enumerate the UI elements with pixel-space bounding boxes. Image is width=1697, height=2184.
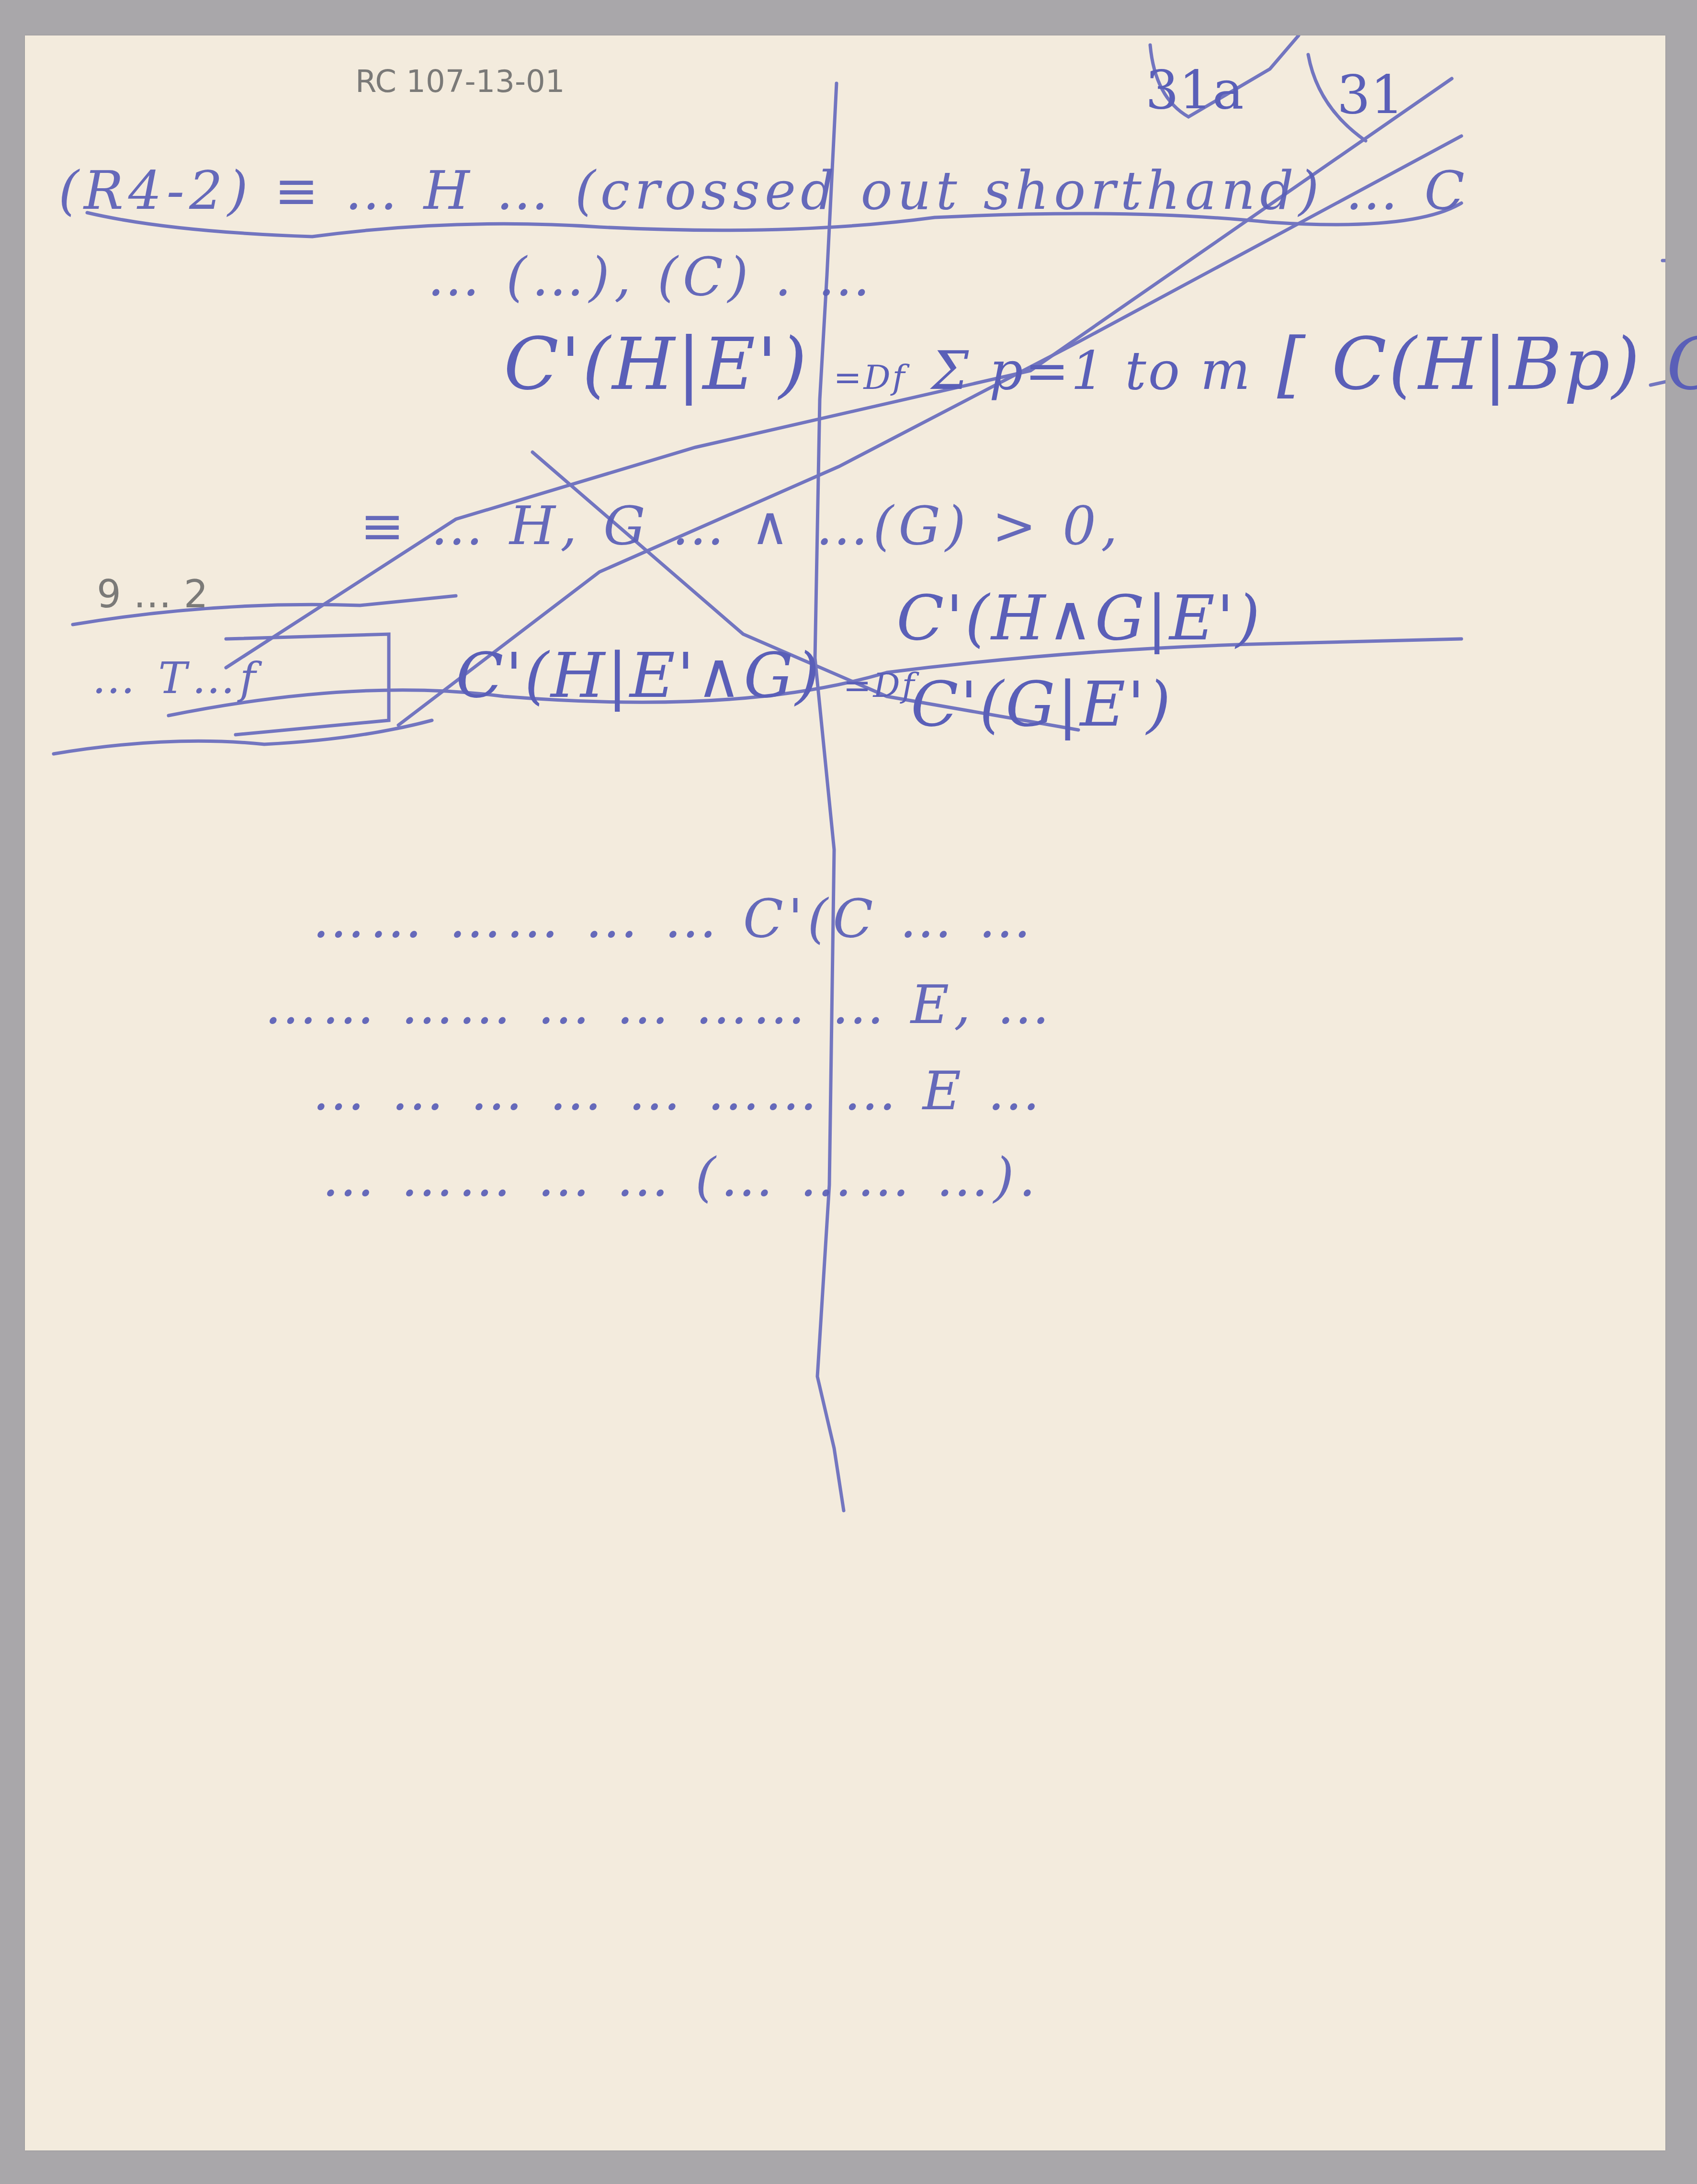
formula-2-lhs: C'(H|E'∧G): [456, 639, 821, 712]
steno-line-2: … (…), (C) . …: [427, 246, 875, 307]
margin-boxed-steno: … T…f: [92, 653, 260, 704]
archive-label: RC 107-13-01: [355, 64, 565, 100]
formula-1-rhs: [ C(H|Bp) C''(Bp|E') ]: [1277, 323, 1697, 406]
page-number-31a: 31a: [1145, 59, 1244, 121]
formula-1-operator: =Df: [834, 358, 907, 397]
formula-1-lhs: C'(H|E'): [504, 323, 809, 406]
paragraph-line-4: … …… … … (… …… …).: [322, 1147, 1041, 1208]
formula-2: C'(H|E'∧G) =Df: [456, 639, 916, 712]
paragraph-line-3: … … … … … …… … E …: [312, 1060, 1045, 1122]
formula-2-operator: =Df: [843, 666, 916, 705]
paragraph-line-1: …… …… … … C'(C … …: [312, 888, 1036, 949]
margin-pencil-note: 9 … 2: [97, 572, 208, 616]
formula-1: C'(H|E') =Df Σ p=1 to m [ C(H|Bp) C''(Bp…: [504, 323, 1697, 406]
steno-line-3: ≡ … H, G … ∧ …(G) > 0,: [360, 495, 1122, 557]
formula-2-denominator: C'(G|E'): [911, 668, 1173, 740]
formula-1-sum: Σ p=1 to m: [931, 340, 1252, 401]
formula-2-numerator: C'(H∧G|E'): [896, 581, 1262, 654]
paragraph-line-2: …… …… … … …… … E, …: [264, 974, 1054, 1035]
steno-line-1: (R4-2) ≡ … H … (crossed out shorthand) ……: [58, 160, 1470, 221]
manuscript-page: RC 107-13-01 31a 31 (R4-2) ≡ … H … (cros…: [25, 35, 1665, 2150]
page-number-31: 31: [1337, 64, 1404, 125]
